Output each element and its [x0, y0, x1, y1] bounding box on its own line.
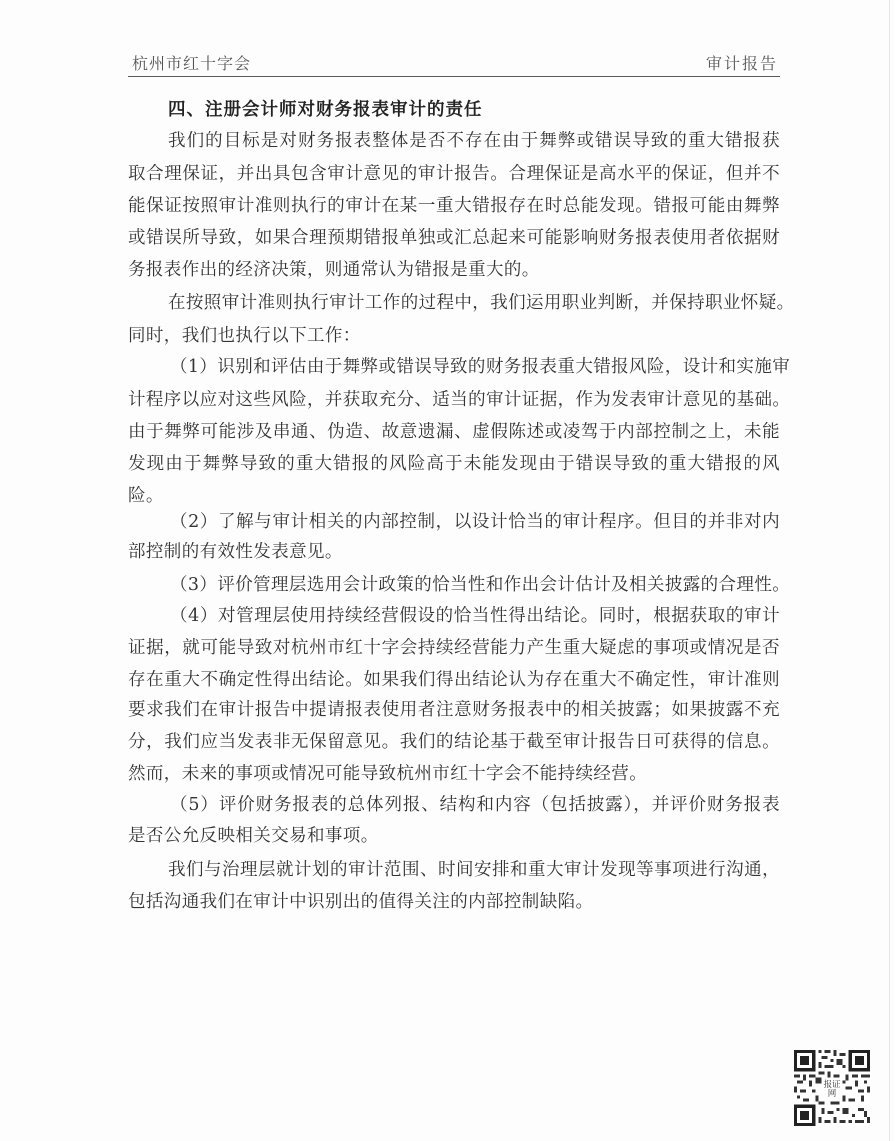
section-heading: 四、注册会计师对财务报表审计的责任: [168, 96, 483, 121]
list-item-line: 发现由于舞弊导致的重大错报的风险高于未能发现由于错误导致的重大错报的风: [128, 453, 780, 475]
list-item-line: 存在重大不确定性得出结论。如果我们得出结论认为存在重大不确定性，审计准则: [128, 669, 780, 691]
paragraph-line: 包括沟通我们在审计中识别出的值得关注的内部控制缺陷。: [128, 891, 780, 913]
paragraph-line: 或错误所导致，如果合理预期错报单独或汇总起来可能影响财务报表使用者依据财: [128, 227, 780, 249]
svg-text:网: 网: [828, 1089, 837, 1099]
paragraph-line: 我们与治理层就计划的审计范围、时间安排和重大审计发现等事项进行沟通，: [168, 859, 780, 881]
paragraph-line: 同时，我们也执行以下工作：: [128, 325, 780, 347]
list-item-line: （4）对管理层使用持续经营假设的恰当性得出结论。同时，根据获取的审计: [170, 605, 780, 627]
paragraph-line: 务报表作出的经济决策，则通常认为错报是重大的。: [128, 259, 780, 281]
list-item-line: （1）识别和评估由于舞弊或错误导致的财务报表重大错报风险，设计和实施审: [170, 356, 780, 378]
paragraph-line: 能保证按照审计准则执行的审计在某一重大错报存在时总能发现。错报可能由舞弊: [128, 195, 780, 217]
list-item-line: 计程序以应对这些风险，并获取充分、适当的审计证据，作为发表审计意见的基础。: [128, 389, 780, 411]
list-item-line: 险。: [128, 485, 780, 507]
list-item-line: （2）了解与审计相关的内部控制，以设计恰当的审计程序。但目的并非对内: [170, 511, 780, 533]
paragraph-line: 取合理保证，并出具包含审计意见的审计报告。合理保证是高水平的保证，但并不: [128, 163, 780, 185]
list-item-line: 分，我们应当发表非无保留意见。我们的结论基于截至审计报告日可获得的信息。: [128, 731, 780, 753]
page-header: 杭州市红十字会 审计报告: [128, 50, 780, 77]
header-organization: 杭州市红十字会: [132, 51, 251, 74]
document-page: 杭州市红十字会 审计报告 四、注册会计师对财务报表审计的责任 我们的目标是对财务…: [0, 0, 895, 1141]
verification-qr-code[interactable]: 报证 网: [794, 1050, 870, 1126]
list-item-line: （3）评价管理层选用会计政策的恰当性和作出会计估计及相关披露的合理性。: [170, 574, 780, 596]
paragraph-line: 在按照审计准则执行审计工作的过程中，我们运用职业判断，并保持职业怀疑。: [168, 292, 780, 314]
list-item-line: 证据，就可能导致对杭州市红十字会持续经营能力产生重大疑虑的事项或情况是否: [128, 637, 780, 659]
list-item-line: 是否公允反映相关交易和事项。: [128, 825, 780, 847]
paragraph-line: 我们的目标是对财务报表整体是否不存在由于舞弊或错误导致的重大错报获: [168, 130, 780, 152]
list-item-line: 要求我们在审计报告中提请报表使用者注意财务报表中的相关披露；如果披露不充: [128, 699, 780, 721]
list-item-line: 然而，未来的事项或情况可能导致杭州市红十字会不能持续经营。: [128, 763, 780, 785]
list-item-line: 部控制的有效性发表意见。: [128, 541, 780, 563]
qr-code-icon: 报证 网: [794, 1050, 870, 1126]
scan-edge: [889, 0, 890, 1141]
list-item-line: （5）评价财务报表的总体列报、结构和内容（包括披露），并评价财务报表: [170, 794, 780, 816]
header-document-type: 审计报告: [706, 51, 778, 74]
list-item-line: 由于舞弊可能涉及串通、伪造、故意遗漏、虚假陈述或凌驾于内部控制之上，未能: [128, 421, 780, 443]
